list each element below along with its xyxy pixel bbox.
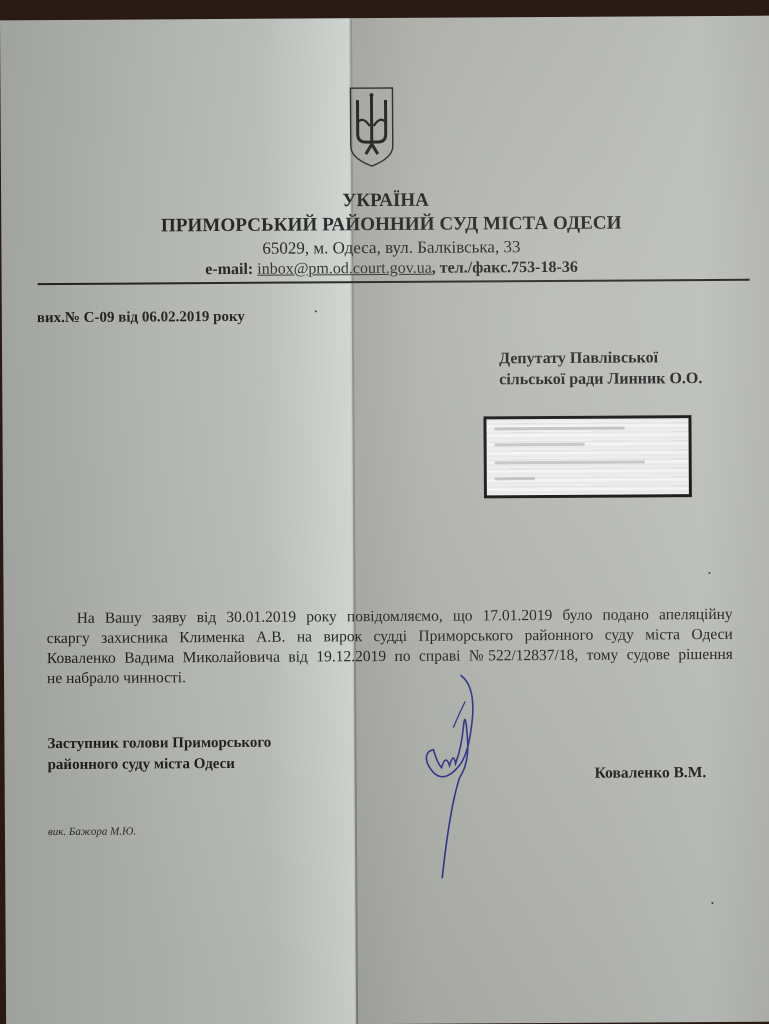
trident-coat-of-arms-icon — [347, 86, 396, 168]
handwritten-signature-icon — [419, 667, 510, 888]
phone-fax: , тел./факс.753-18-36 — [432, 259, 578, 277]
header-divider — [38, 279, 750, 285]
outgoing-reference: вих.№ С-09 від 06.02.2019 року — [37, 309, 245, 327]
header-country: УКРАЇНА — [1, 188, 769, 215]
ink-speck — [315, 310, 317, 312]
body-line: не набрало чинності. — [47, 666, 733, 688]
header-court-name: ПРИМОРСЬКИЙ РАЙОННИЙ СУД МІСТА ОДЕСИ — [1, 212, 769, 239]
redacted-address-block — [483, 415, 691, 498]
ink-speck — [708, 572, 710, 574]
signatory-title-line-1: Заступник голови Приморського — [47, 735, 271, 753]
recipient-line-1: Депутату Павлівської — [499, 349, 658, 368]
signatory-name: Коваленко В.М. — [595, 764, 707, 783]
signatory-title-line-2: районного суду міста Одеси — [48, 756, 235, 774]
executor-note: вик. Бажора М.Ю. — [48, 826, 136, 839]
body-line: На Вашу заяву від 30.01.2019 року повідо… — [47, 606, 733, 628]
email-label: e-mail: — [205, 261, 253, 278]
document-paper: УКРАЇНА ПРИМОРСЬКИЙ РАЙОННИЙ СУД МІСТА О… — [0, 16, 769, 1024]
email-link[interactable]: inbox@pm.od.court.gov.ua — [257, 260, 432, 278]
body-line: скаргу захисника Клименка А.В. на вирок … — [47, 626, 733, 648]
paper-fold-crease — [350, 18, 358, 1024]
body-line: Коваленко Вадима Миколайовича від 19.12.… — [47, 646, 733, 668]
ink-speck — [711, 902, 713, 904]
header-address: 65029, м. Одеса, вул. Балківська, 33 — [1, 236, 769, 261]
header-contact: e-mail: inbox@pm.od.court.gov.ua, тел./ф… — [1, 258, 769, 281]
recipient-line-2: сільської ради Линник О.О. — [499, 370, 702, 389]
